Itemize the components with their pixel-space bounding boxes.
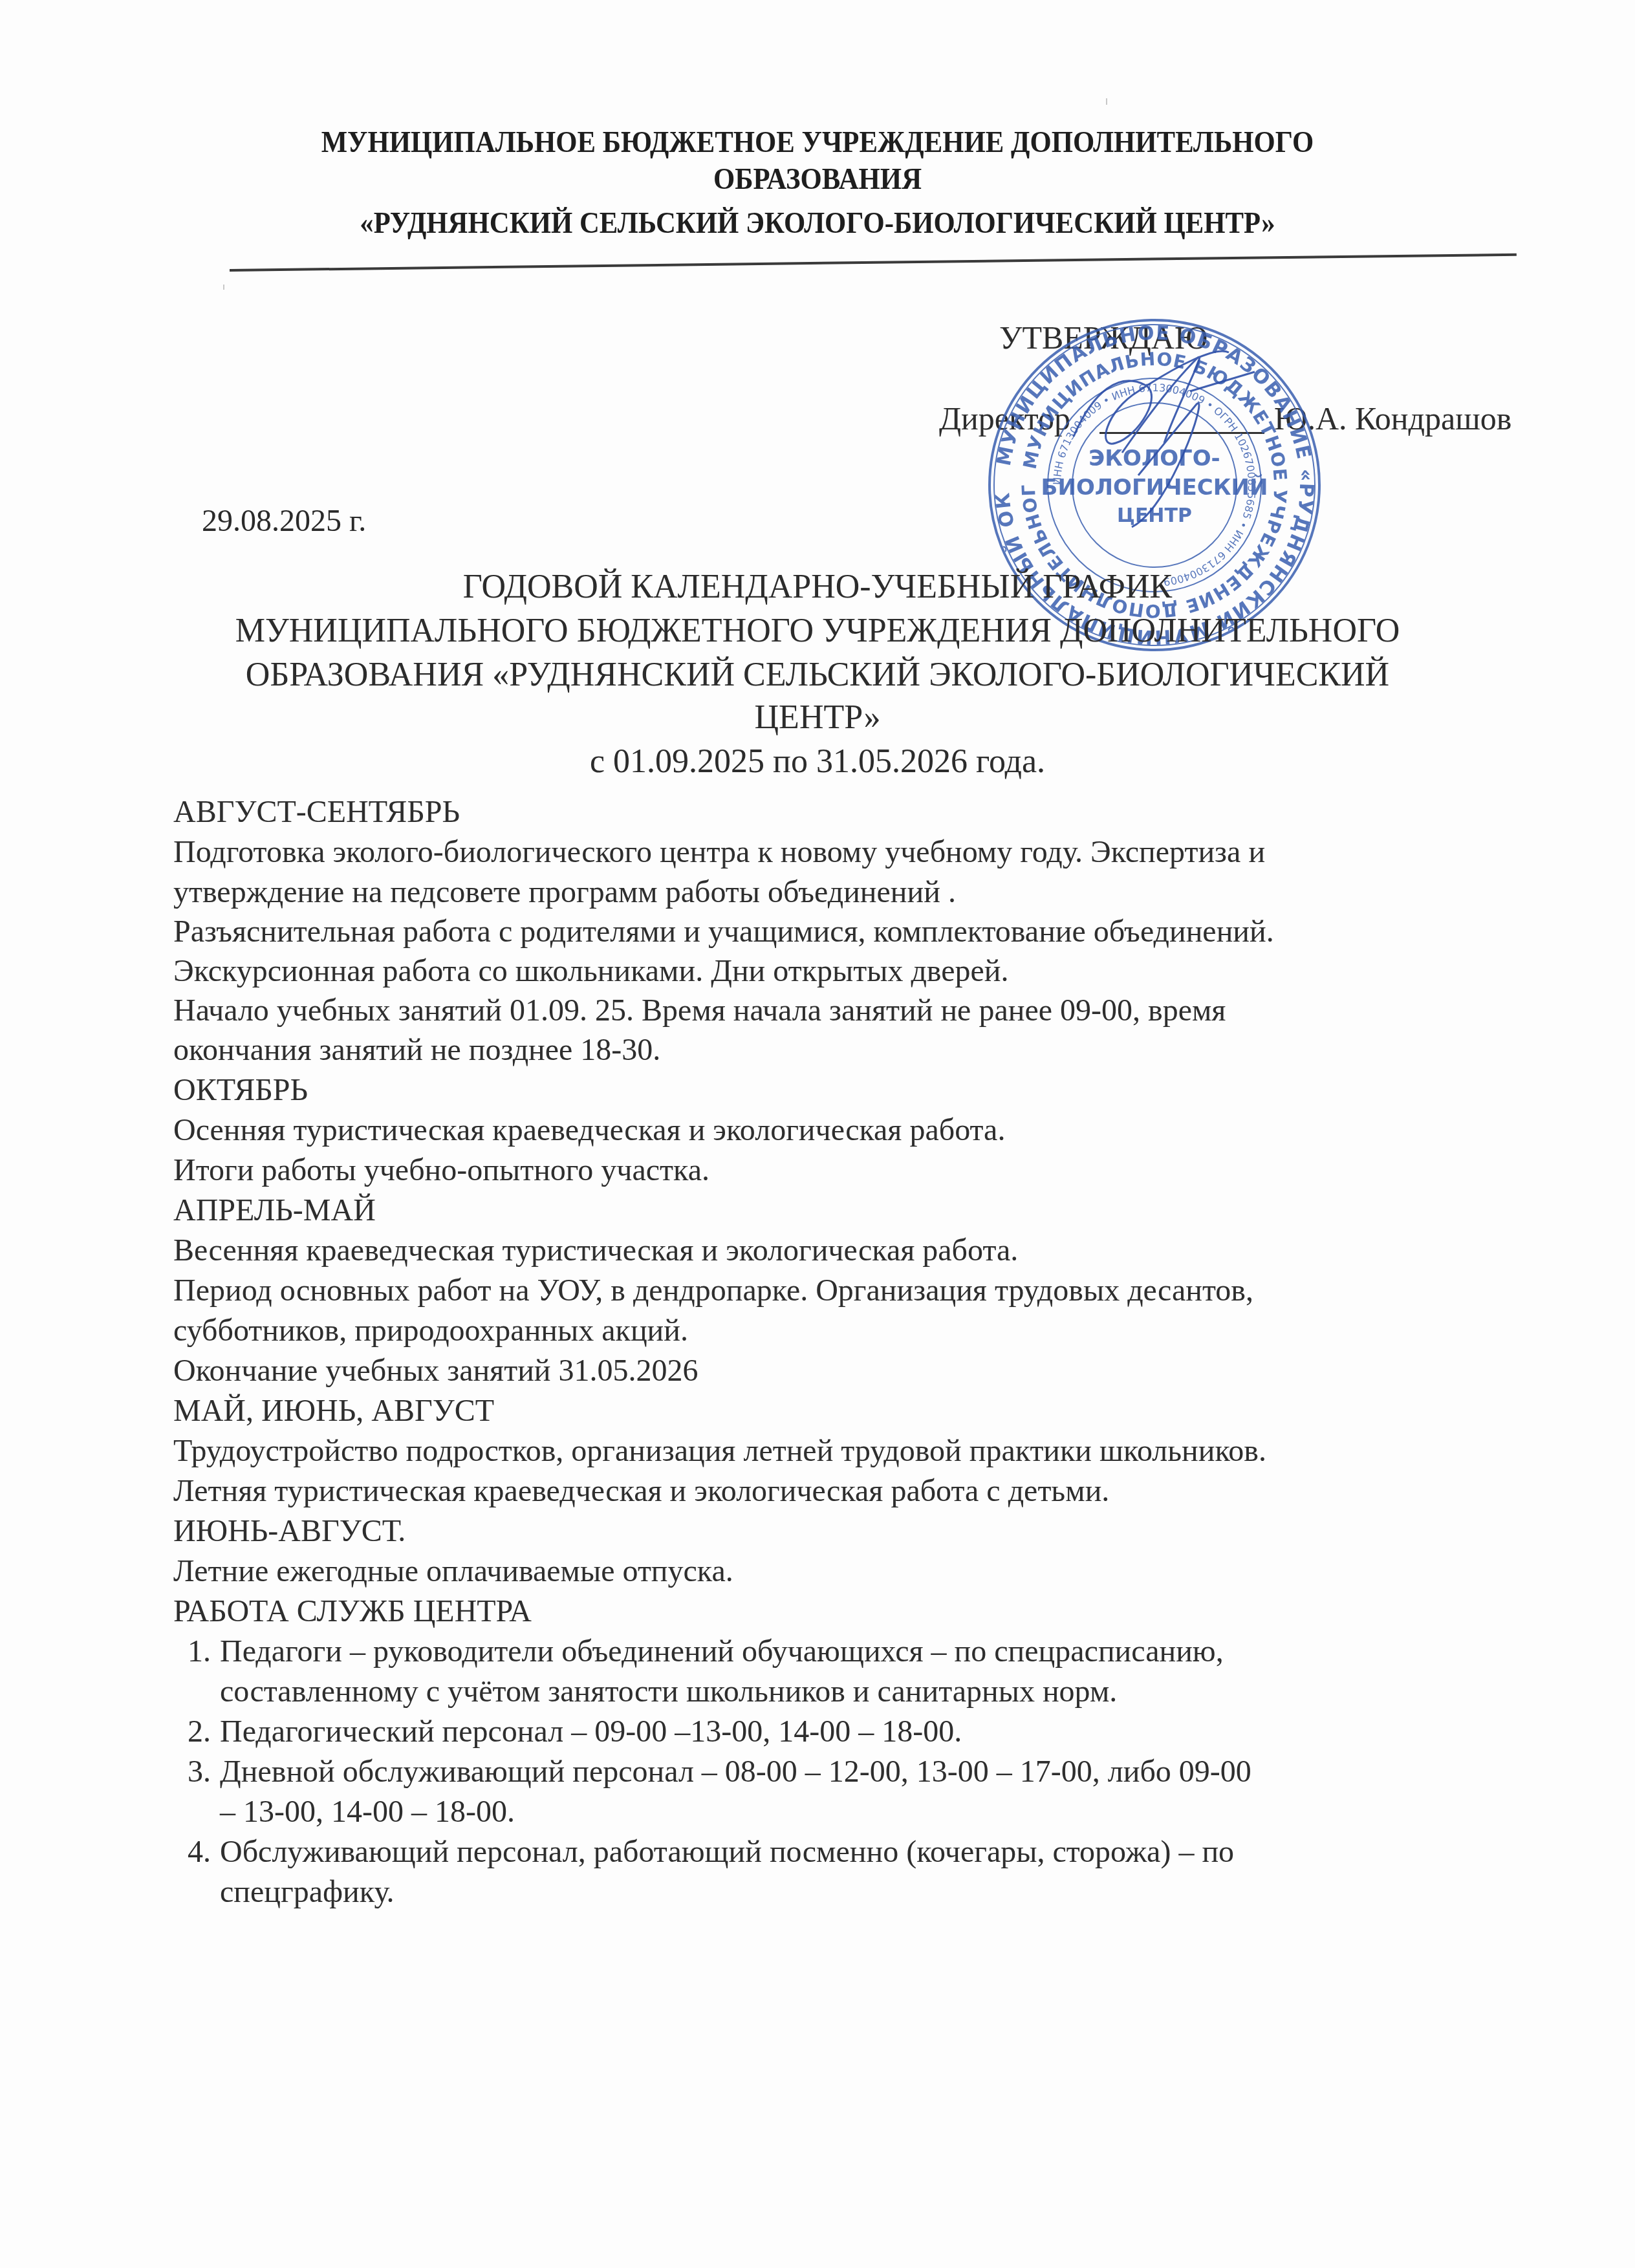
section-text: Весенняя краеведческая туристическая и э… — [173, 1233, 1018, 1268]
scan-artifact — [223, 285, 224, 290]
section-heading-apr-may: АПРЕЛЬ-МАЙ — [173, 1193, 376, 1228]
section-text: окончания занятий не позднее 18-30. — [173, 1032, 660, 1068]
document-date: 29.08.2025 г. — [202, 503, 366, 539]
doc-title-line-4: ЦЕНТР» — [0, 698, 1635, 737]
section-text: Экскурсионная работа со школьниками. Дни… — [173, 953, 1009, 989]
section-text: Итоги работы учебно-опытного участка. — [173, 1152, 709, 1188]
org-name-line-1: МУНИЦИПАЛЬНОЕ БЮДЖЕТНОЕ УЧРЕЖДЕНИЕ ДОПОЛ… — [57, 125, 1577, 159]
list-item-text: Педагоги – руководители объединений обуч… — [220, 1634, 1224, 1669]
section-text: утверждение на педсовете программ работы… — [173, 874, 956, 910]
list-item-text: Обслуживающий персонал, работающий посме… — [220, 1834, 1234, 1870]
section-heading-aug-sep: АВГУСТ-СЕНТЯБРЬ — [173, 794, 460, 830]
section-text: Начало учебных занятий 01.09. 25. Время … — [173, 993, 1226, 1028]
section-text: Окончание учебных занятий 31.05.2026 — [173, 1353, 698, 1388]
list-item-text-cont: составленному с учётом занятости школьни… — [220, 1674, 1117, 1709]
section-heading-services: РАБОТА СЛУЖБ ЦЕНТРА — [173, 1593, 532, 1629]
section-text: Трудоустройство подростков, организация … — [173, 1433, 1266, 1469]
section-text: Летние ежегодные оплачиваемые отпуска. — [173, 1553, 733, 1589]
svg-text:ЭКОЛОГО-: ЭКОЛОГО- — [1088, 446, 1220, 471]
list-item-number: 1. — [188, 1634, 211, 1669]
list-item-number: 3. — [188, 1754, 211, 1789]
section-text: субботников, природоохранных акций. — [173, 1313, 688, 1348]
list-item-text-cont: спецграфику. — [220, 1874, 395, 1910]
list-item-text: Педагогический персонал – 09-00 –13-00, … — [220, 1714, 962, 1749]
header-divider — [230, 254, 1517, 272]
section-text: Разъяснительная работа с родителями и уч… — [173, 914, 1274, 949]
doc-title-line-1: ГОДОВОЙ КАЛЕНДАРНО-УЧЕБНЫЙ ГРАФИК — [0, 568, 1635, 606]
svg-text:БИОЛОГИЧЕСКИЙ: БИОЛОГИЧЕСКИЙ — [1041, 474, 1268, 501]
section-heading-october: ОКТЯБРЬ — [173, 1072, 308, 1108]
section-text: Подготовка эколого-биологического центра… — [173, 834, 1265, 870]
section-text: Летняя туристическая краеведческая и эко… — [173, 1473, 1109, 1509]
org-name-line-2: ОБРАЗОВАНИЯ — [57, 162, 1577, 196]
doc-title-period: с 01.09.2025 по 31.05.2026 года. — [0, 742, 1635, 781]
org-name-line-3: «РУДНЯНСКИЙ СЕЛЬСКИЙ ЭКОЛОГО-БИОЛОГИЧЕСК… — [57, 206, 1577, 240]
scan-artifact — [1106, 98, 1107, 105]
list-item-number: 4. — [188, 1834, 211, 1870]
list-item-text: Дневной обслуживающий персонал – 08-00 –… — [220, 1754, 1251, 1789]
list-item-text-cont: – 13-00, 14-00 – 18-00. — [220, 1794, 515, 1830]
doc-title-line-3: ОБРАЗОВАНИЯ «РУДНЯНСКИЙ СЕЛЬСКИЙ ЭКОЛОГО… — [0, 656, 1635, 694]
list-item-number: 2. — [188, 1714, 211, 1749]
svg-text:ЦЕНТР: ЦЕНТР — [1117, 504, 1192, 527]
doc-title-line-2: МУНИЦИПАЛЬНОГО БЮДЖЕТНОГО УЧРЕЖДЕНИЯ ДОП… — [0, 612, 1635, 650]
section-heading-jun-aug: ИЮНЬ-АВГУСТ. — [173, 1513, 406, 1549]
section-heading-may-jun-aug: МАЙ, ИЮНЬ, АВГУСТ — [173, 1393, 494, 1429]
section-text: Осенняя туристическая краеведческая и эк… — [173, 1112, 1005, 1148]
section-text: Период основных работ на УОУ, в дендропа… — [173, 1273, 1253, 1308]
